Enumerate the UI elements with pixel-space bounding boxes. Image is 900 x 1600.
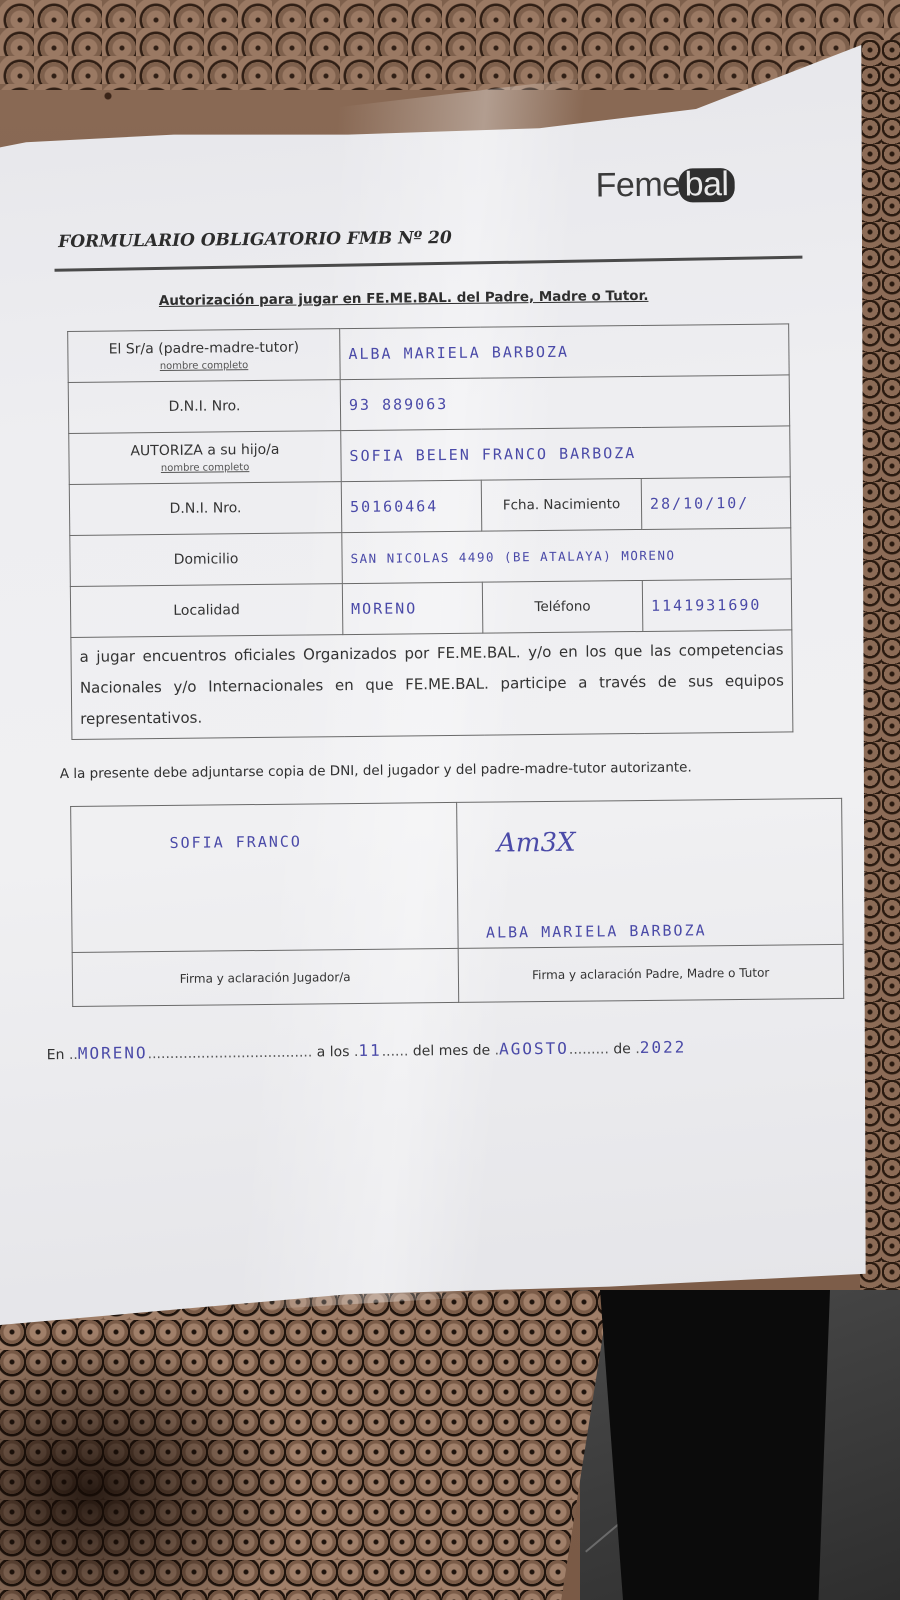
- birth-date-field[interactable]: 28/10/10/: [641, 477, 791, 530]
- locality-field[interactable]: MORENO: [342, 582, 483, 634]
- attachment-note: A la presente debe adjuntarse copia de D…: [60, 759, 692, 782]
- logo-text: Feme: [595, 166, 680, 206]
- birth-date-label: Fcha. Nacimiento: [481, 478, 642, 531]
- phone-field[interactable]: 1141931690: [642, 579, 792, 632]
- parent-printed-name: ALBA MARIELA BARBOZA: [478, 921, 707, 941]
- parent-name-row: El Sr/a (padre-madre-tutor) nombre compl…: [68, 324, 789, 383]
- parent-signature-caption: Firma y aclaración Padre, Madre o Tutor: [458, 944, 844, 1002]
- form-title: FORMULARIO OBLIGATORIO FMB Nº 20: [58, 228, 452, 252]
- child-dni-field[interactable]: 50160464: [341, 480, 482, 532]
- form-subtitle: Autorización para jugar en FE.ME.BAL. de…: [159, 288, 649, 309]
- month-field[interactable]: AGOSTO: [499, 1039, 569, 1059]
- month-label: del mes de: [413, 1043, 491, 1060]
- player-signature-caption: Firma y aclaración Jugador/a: [72, 948, 458, 1006]
- locality-row: Localidad MORENO Teléfono 1141931690: [70, 579, 791, 638]
- days-label: a los: [317, 1044, 350, 1060]
- authorization-text-row: a jugar encuentros oficiales Organizados…: [71, 630, 793, 740]
- address-field[interactable]: SAN NICOLAS 4490 (BE ATALAYA) MORENO: [342, 528, 792, 584]
- place-date-line: En ..MORENO.............................…: [47, 1038, 687, 1064]
- child-dni-label: D.N.I. Nro.: [69, 482, 342, 536]
- player-signature-box[interactable]: SOFIA FRANCO: [71, 802, 458, 952]
- parent-signature: Am3X: [497, 828, 576, 859]
- year-field[interactable]: 2022: [640, 1038, 687, 1057]
- address-label: Domicilio: [70, 533, 343, 587]
- child-name-field[interactable]: SOFIA BELEN FRANCO BARBOZA: [341, 426, 791, 482]
- child-label: AUTORIZA a su hijo/a: [130, 441, 279, 459]
- parent-dni-label: D.N.I. Nro.: [68, 380, 341, 434]
- authorization-table: El Sr/a (padre-madre-tutor) nombre compl…: [67, 323, 793, 740]
- footer-prefix: En: [47, 1047, 65, 1063]
- logo-badge: bal: [678, 167, 734, 202]
- day-field[interactable]: 11: [358, 1041, 381, 1060]
- phone-label: Teléfono: [482, 580, 643, 633]
- place-field[interactable]: MORENO: [78, 1043, 148, 1063]
- year-label: de: [613, 1041, 631, 1057]
- signature-table: SOFIA FRANCO Am3X ALBA MARIELA BARBOZA F…: [70, 798, 844, 1007]
- child-name-row: AUTORIZA a su hijo/a nombre completo SOF…: [69, 426, 790, 485]
- title-divider: [55, 256, 803, 272]
- femebal-logo: Feme bal: [595, 165, 734, 205]
- form-document: Feme bal FORMULARIO OBLIGATORIO FMB Nº 2…: [0, 0, 900, 1600]
- player-name: SOFIA FRANCO: [161, 833, 302, 852]
- authorization-text: a jugar encuentros oficiales Organizados…: [71, 630, 793, 740]
- parent-name-field[interactable]: ALBA MARIELA BARBOZA: [340, 324, 790, 380]
- child-dni-row: D.N.I. Nro. 50160464 Fcha. Nacimiento 28…: [69, 477, 790, 536]
- parent-label: El Sr/a (padre-madre-tutor): [109, 339, 300, 357]
- parent-signature-box[interactable]: Am3X ALBA MARIELA BARBOZA: [456, 798, 843, 948]
- parent-dni-field[interactable]: 93 889063: [340, 375, 790, 431]
- parent-sublabel: nombre completo: [68, 359, 339, 373]
- child-sublabel: nombre completo: [70, 461, 341, 475]
- parent-dni-row: D.N.I. Nro. 93 889063: [68, 375, 789, 434]
- locality-label: Localidad: [70, 584, 343, 638]
- address-row: Domicilio SAN NICOLAS 4490 (BE ATALAYA) …: [70, 528, 791, 587]
